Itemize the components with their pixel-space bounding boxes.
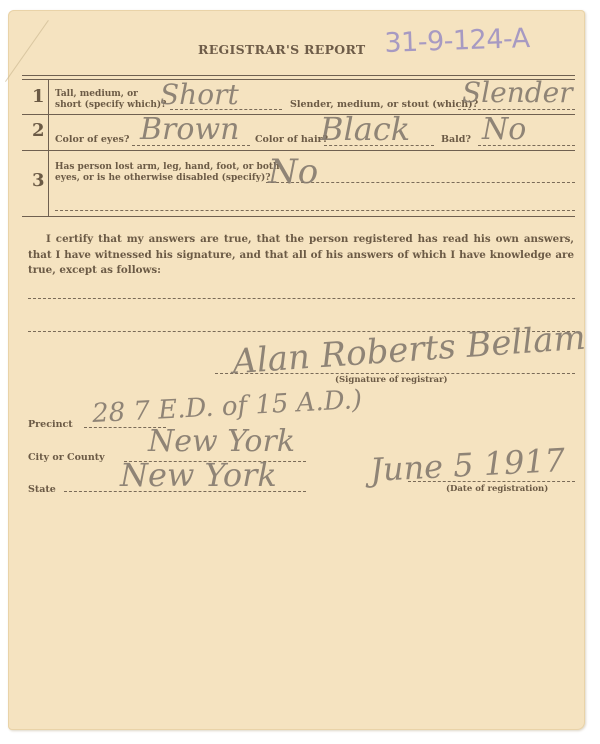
page-title: REGISTRAR'S REPORT xyxy=(198,42,366,57)
q1-build-label: Slender, medium, or stout (which)? xyxy=(290,99,478,110)
q3-answer-line-2 xyxy=(55,210,575,211)
q2-bald-label: Bald? xyxy=(441,134,471,145)
row-number-2: 2 xyxy=(32,120,45,141)
q3-label-line2: eyes, or is he otherwise disabled (speci… xyxy=(55,173,271,183)
certification-text: I certify that my answers are true, that… xyxy=(28,232,574,279)
paper-crease xyxy=(5,20,49,82)
q2-hair-answer: Black xyxy=(320,110,410,148)
q3-label-line1: Has person lost arm, leg, hand, foot, or… xyxy=(55,162,280,172)
state-label: State xyxy=(28,484,56,495)
row-number-3: 3 xyxy=(32,170,45,191)
row-divider-2 xyxy=(22,150,575,151)
precinct-label: Precinct xyxy=(28,419,73,430)
stamp-number: 31-9-124-A xyxy=(384,23,530,59)
signature-caption: (Signature of registrar) xyxy=(335,375,448,385)
state-value: New York xyxy=(120,456,277,494)
row-number-divider xyxy=(48,80,49,216)
row-number-1: 1 xyxy=(32,86,45,107)
q2-eyes-answer: Brown xyxy=(140,112,239,147)
q1-build-answer-line xyxy=(458,109,575,110)
city-county-label: City or County xyxy=(28,452,105,463)
q1-build-answer: Slender xyxy=(462,76,573,109)
q3-answer: No xyxy=(268,152,318,192)
q1-label-line1: Tall, medium, or xyxy=(55,89,138,99)
exception-line-1 xyxy=(28,298,575,299)
table-bottom-rule xyxy=(22,216,575,217)
q2-bald-answer: No xyxy=(482,112,526,147)
registration-date-caption: (Date of registration) xyxy=(446,484,548,494)
q1-answer: Short xyxy=(160,78,239,111)
city-county-value: New York xyxy=(148,424,295,459)
q1-label-line2: short (specify which)? xyxy=(55,100,166,110)
q2-eyes-label: Color of eyes? xyxy=(55,134,129,145)
q2-hair-label: Color of hair? xyxy=(255,134,328,145)
